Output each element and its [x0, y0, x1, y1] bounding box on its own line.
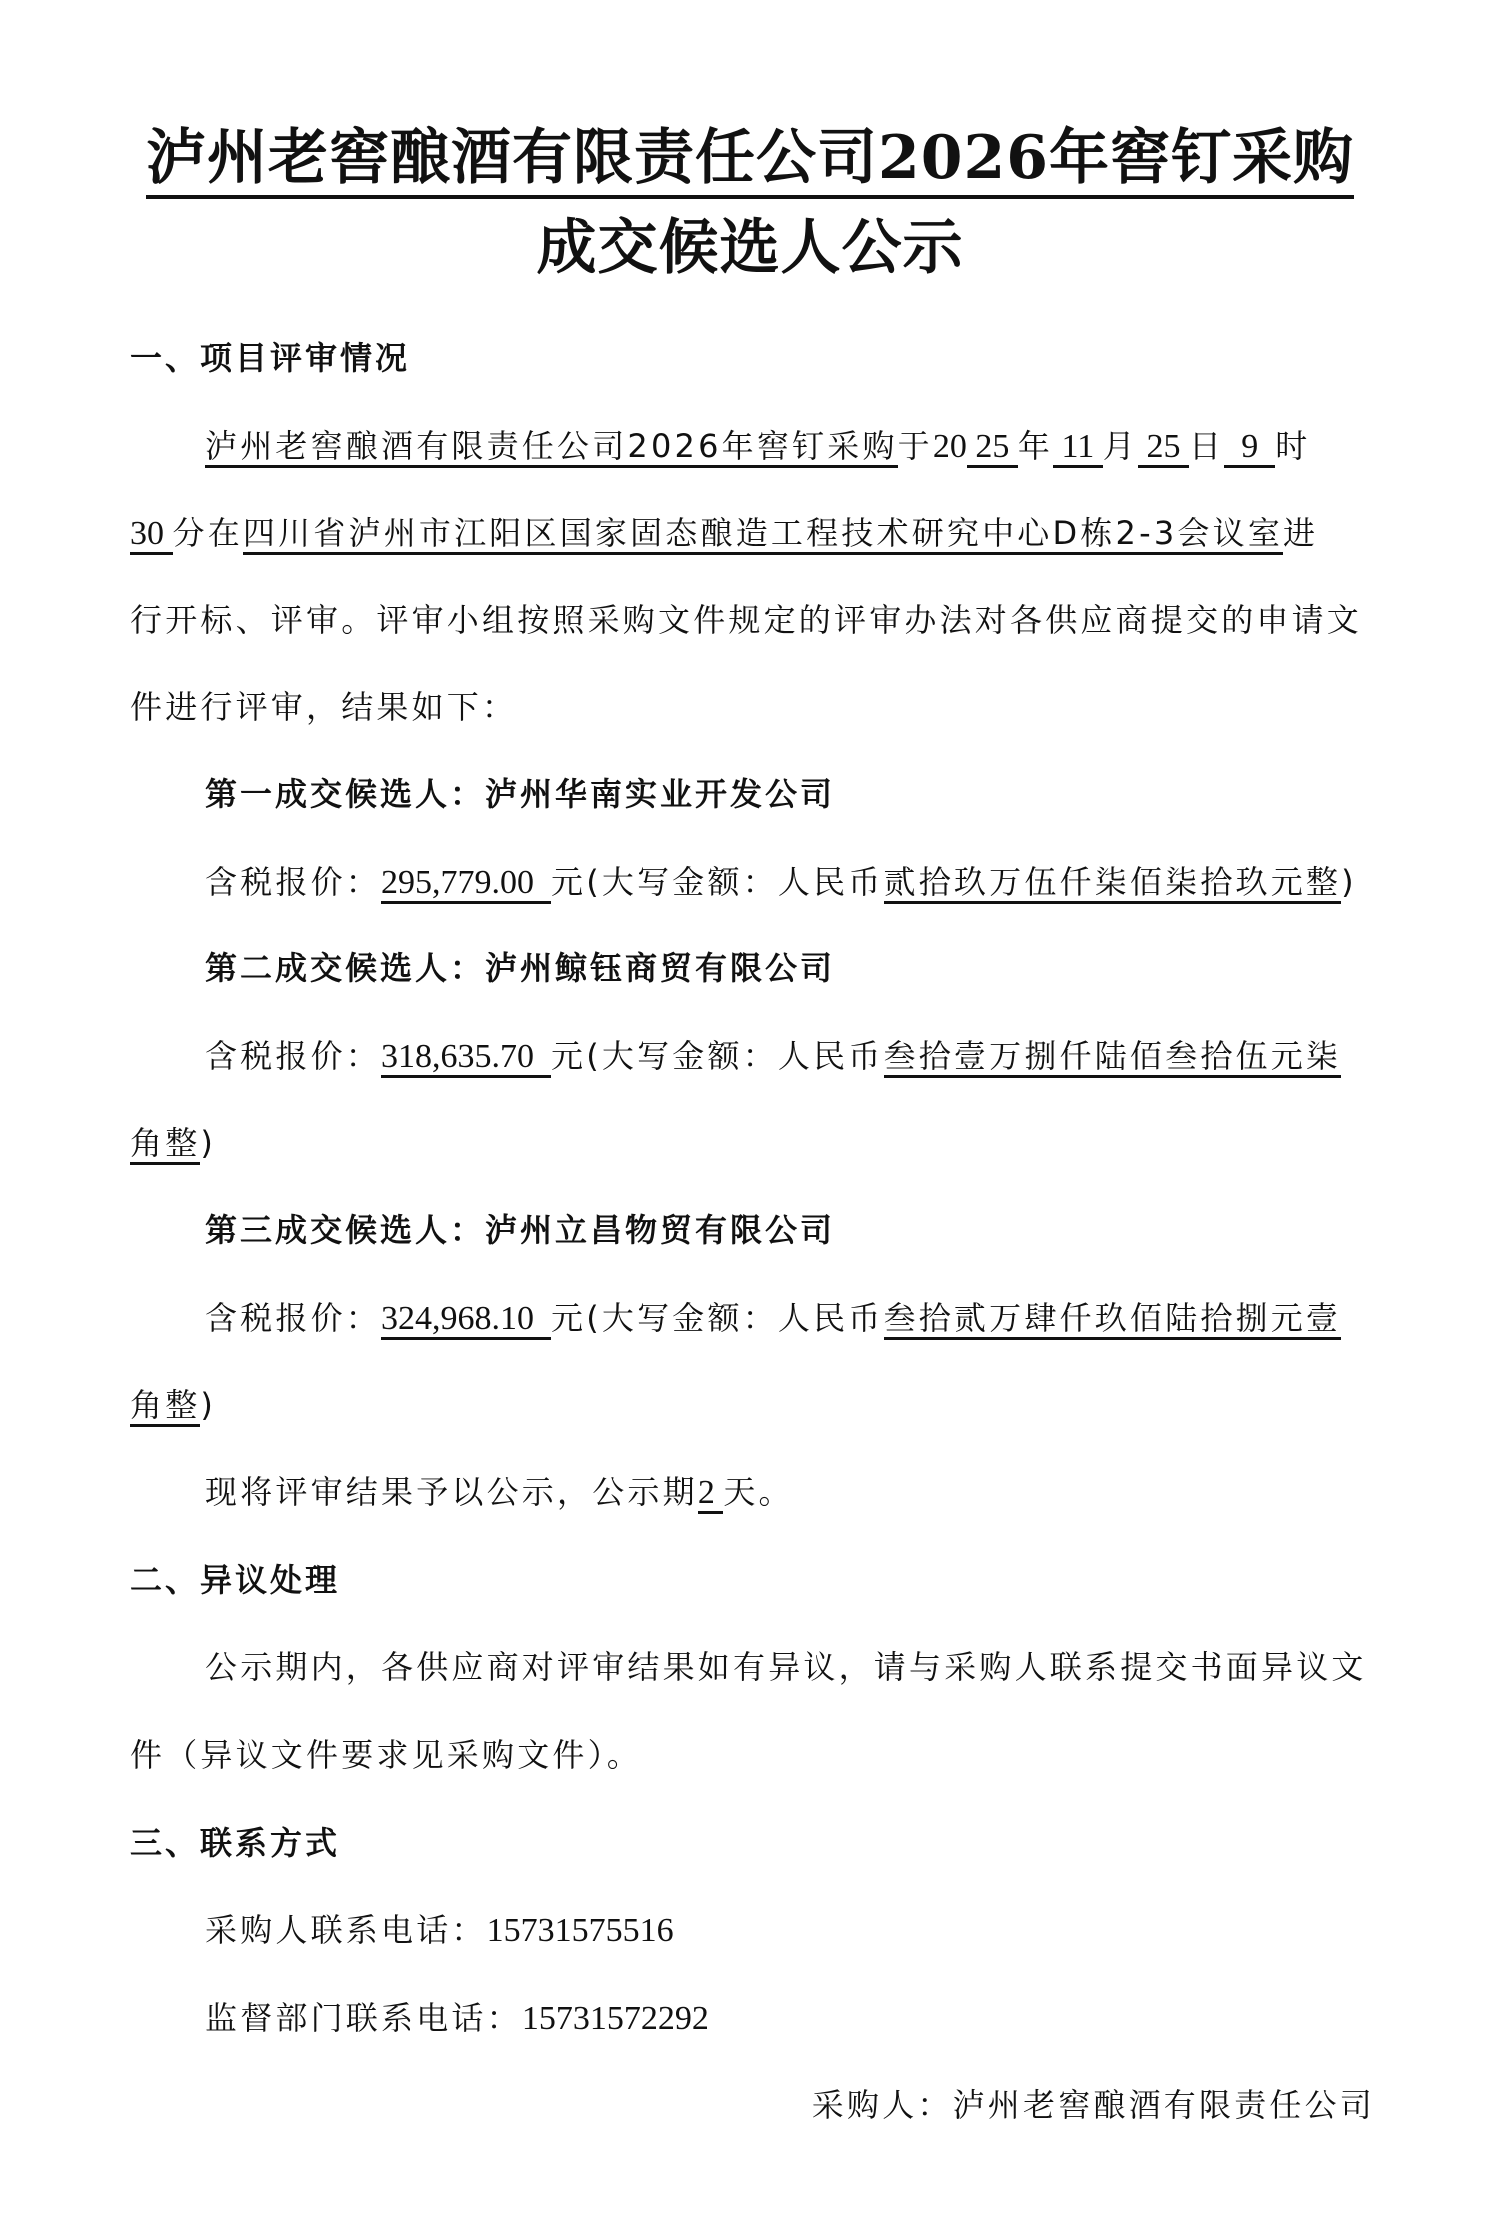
purchaser-phone-value: 15731575516	[487, 1912, 674, 1949]
hour: 9	[1224, 428, 1275, 468]
para1-line1: 泸州老窖酿酒有限责任公司2026年窖钉采购于20 25 年 11 月 25 日 …	[205, 424, 1375, 469]
price-label: 含税报价：	[205, 863, 381, 901]
purchaser-phone-label: 采购人联系电话：	[205, 1911, 487, 1949]
candidate-2-price: 含税报价：318,635.70 元(大写金额：人民币叁拾壹万捌仟陆佰叁拾伍元柒	[205, 1034, 1375, 1079]
candidate-name: 泸州华南实业开发公司	[485, 775, 835, 813]
price-unit: 元(大写金额：人民币	[551, 1299, 884, 1337]
close-paren: )	[200, 1124, 216, 1162]
section3-heading: 三、联系方式	[130, 1821, 1375, 1865]
candidate-1-price: 含税报价：295,779.00 元(大写金额：人民币贰拾玖万伍仟柒佰柒拾玖元整)	[205, 860, 1375, 905]
signature: 采购人：泸州老窖酿酒有限责任公司	[812, 2083, 1375, 2127]
supervisor-phone: 监督部门联系电话：15731572292	[205, 1996, 1375, 2041]
section2-line1: 公示期内，各供应商对评审结果如有异议，请与采购人联系提交书面异议文	[205, 1645, 1375, 1689]
candidate-label: 第一成交候选人：	[205, 775, 485, 813]
day-unit: 日	[1189, 427, 1224, 465]
notice-days: 2	[698, 1474, 724, 1514]
price-value: 318,635.70	[381, 1038, 551, 1078]
candidate-label: 第三成交候选人：	[205, 1211, 485, 1249]
price-value: 324,968.10	[381, 1300, 551, 1340]
price-words: 贰拾玖万伍仟柒佰柒拾玖元整	[884, 863, 1342, 904]
title-underlined-text: 泸州老窖酿酒有限责任公司2026年窖钉采购	[146, 123, 1354, 199]
price-words: 叁拾贰万肆仟玖佰陆拾捌元壹	[884, 1299, 1342, 1340]
year-prefix: 20	[933, 428, 967, 465]
price-label: 含税报价：	[205, 1037, 381, 1075]
price-unit: 元(大写金额：人民币	[551, 863, 884, 901]
price-words: 叁拾壹万捌仟陆佰叁拾伍元柒	[884, 1037, 1342, 1078]
year-unit: 年	[1018, 427, 1053, 465]
hour-unit: 时	[1275, 427, 1310, 465]
price-label: 含税报价：	[205, 1299, 381, 1337]
line2-end: 进	[1283, 514, 1318, 552]
candidate-3-price: 含税报价：324,968.10 元(大写金额：人民币叁拾贰万肆仟玖佰陆拾捌元壹	[205, 1296, 1375, 1341]
project-name: 泸州老窖酿酒有限责任公司2026年窖钉采购	[205, 427, 898, 468]
candidate-name: 泸州立昌物贸有限公司	[485, 1211, 835, 1249]
para1-line3: 行开标、评审。评审小组按照采购文件规定的评审办法对各供应商提交的申请文	[130, 598, 1375, 642]
notice-prefix: 现将评审结果予以公示，公示期	[205, 1473, 698, 1511]
purchaser-phone: 采购人联系电话：15731575516	[205, 1908, 1375, 1953]
section2-line2: 件（异议文件要求见采购文件）。	[130, 1733, 1375, 1777]
candidate-2: 第二成交候选人：泸州鲸钰商贸有限公司	[205, 946, 1375, 990]
minute: 30	[130, 515, 173, 555]
candidate-1: 第一成交候选人：泸州华南实业开发公司	[205, 772, 1375, 816]
close-paren: )	[200, 1386, 216, 1424]
section1-heading: 一、项目评审情况	[130, 336, 1375, 380]
supervisor-phone-value: 15731572292	[522, 2000, 709, 2037]
text-at: 于	[898, 427, 933, 465]
price-unit: 元(大写金额：人民币	[551, 1037, 884, 1075]
year-suffix: 25	[967, 428, 1018, 468]
notice-period: 现将评审结果予以公示，公示期2 天。	[205, 1470, 1375, 1515]
para1-line2: 30 分在四川省泸州市江阳区国家固态酿造工程技术研究中心D栋2-3会议室进	[130, 511, 1375, 556]
day: 25	[1138, 428, 1189, 468]
month: 11	[1053, 428, 1103, 468]
close-paren: )	[1341, 863, 1357, 901]
section2-heading: 二、异议处理	[130, 1558, 1375, 1602]
notice-suffix: 天。	[723, 1473, 793, 1511]
candidate-label: 第二成交候选人：	[205, 949, 485, 987]
minute-unit: 分在	[173, 514, 243, 552]
candidate-3-price-cont: 角整)	[130, 1383, 1375, 1427]
price-words-cont: 角整	[130, 1386, 200, 1427]
document-title-line2: 成交候选人公示	[0, 208, 1500, 288]
month-unit: 月	[1103, 427, 1138, 465]
supervisor-phone-label: 监督部门联系电话：	[205, 1999, 522, 2037]
document-page: 泸州老窖酿酒有限责任公司2026年窖钉采购 成交候选人公示 一、项目评审情况 泸…	[0, 0, 1500, 2238]
candidate-3: 第三成交候选人：泸州立昌物贸有限公司	[205, 1208, 1375, 1252]
location: 四川省泸州市江阳区国家固态酿造工程技术研究中心D栋2-3会议室	[243, 514, 1283, 555]
document-title-line1: 泸州老窖酿酒有限责任公司2026年窖钉采购	[0, 118, 1500, 198]
price-words-cont: 角整	[130, 1124, 200, 1165]
candidate-2-price-cont: 角整)	[130, 1121, 1375, 1165]
para1-line4: 件进行评审，结果如下：	[130, 685, 1375, 729]
candidate-name: 泸州鲸钰商贸有限公司	[485, 949, 835, 987]
price-value: 295,779.00	[381, 864, 551, 904]
